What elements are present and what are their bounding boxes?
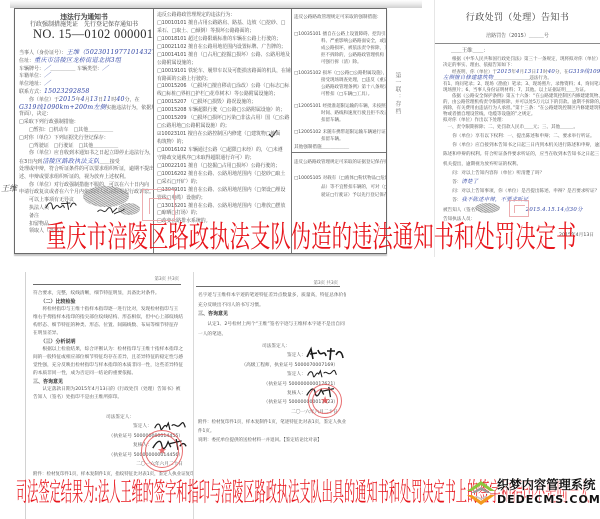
text-line: □10015209 （□损坏□损坏□污染□非法占用）国（□公路 xyxy=(157,115,291,123)
list-item: □10005105 对载有（□液体□粉状物品□危险物品）等不宜暂扣车辆的，可对（… xyxy=(294,175,386,201)
text-line: 你（单位）享有以下权利：一、提出陈述和申辩；二、要求举行听证。 xyxy=(443,132,600,141)
heading-line: 三、咨询意见 xyxy=(198,310,346,320)
text-line: □10021102 擅自在公路用地范围内设置标牌、广告牌的； xyxy=(157,44,291,52)
watermark-name-cn: 织梦内容管理系统 xyxy=(497,478,595,492)
text-line: 车辆牌号：／＿＿＿＿＿ 车辆类型：／ xyxy=(19,65,153,73)
text-line: □10018101 超过公路限载标准的车辆在公路上行驶的； xyxy=(157,36,291,44)
text-line: 单位地址：／ xyxy=(19,80,153,88)
text-line: □10019101 铁轮车、履带车以及可能损害路面的机具，在铺 xyxy=(157,68,291,76)
watermark-name-en: DEDECMS.COM xyxy=(497,493,600,506)
text-line: □对你（单位）下列证据先行登记保存： xyxy=(19,135,153,143)
official-seal: ★ xyxy=(308,384,342,418)
text-line: 说明：委托单位提供的送检材料一并退回。【鉴定结论比对表】 xyxy=(198,436,346,445)
text-line: □暂扣：□机动车 □其他＿＿＿＿＿ xyxy=(19,127,153,135)
handwritten-text: 2015 xyxy=(59,96,76,103)
text-line: 你（单位）应自收到本通知书之日起立即停止违法行为，并 xyxy=(19,150,153,158)
handwritten-text: ／ xyxy=(44,80,50,87)
divider xyxy=(435,43,600,44)
addressee: ＿＿王维＿＿： xyxy=(451,48,489,55)
text-line: 违反公路路政管理规定的违法行为： xyxy=(157,12,291,20)
text-line: 问：对以上告知事项，你（单位）是否提出陈述、申辩？是否要求听证？ xyxy=(443,187,600,196)
text-line: 件1页。 xyxy=(198,427,346,436)
text-line: 守路政交通秩序□未取得超限通行许可）的； xyxy=(157,155,291,163)
form-title: 违法行为通知书 xyxy=(15,13,153,21)
text-line: 问：对以上告知内容你（单位）听清楚了吗？ xyxy=(443,169,600,178)
text-line: 可强行拆（清）除。 xyxy=(294,60,386,67)
text-line: 认定1、2号检材上两个“王维”签名字迹与王维样本字迹不是出自同 xyxy=(198,320,346,330)
fingerprint-smudge xyxy=(475,203,500,213)
notice-body: 根据《中华人民共和国行政处罚法》第三十一条规定，现将拟对你（单位）作出行政处罚决… xyxy=(443,57,600,131)
text-segment: 答： xyxy=(443,180,461,185)
text-line: □采石□开矿）的； xyxy=(157,179,291,187)
headline-caption: 重庆市涪陵区路政执法支队伪造的违法通知书和处罚决定书 xyxy=(46,222,576,254)
text-line: □13049101 擅自在公路、公路用地范围内（□架设□埋设 xyxy=(157,187,291,195)
measures-list: □10035101 擅自在公路上设置障碍、挖沟引水、利用料、严重影响公路路面安全… xyxy=(294,27,386,143)
heading-line: 三、咨询意见 xyxy=(33,378,189,386)
text-line: □采取下列行政强制措施： xyxy=(19,119,153,127)
signature-icon xyxy=(306,368,338,380)
header-rule xyxy=(196,286,340,287)
document-number: 涪路罚告（2015）＿＿＿号 xyxy=(435,33,600,39)
text-segment: 在3日内到 xyxy=(19,159,42,165)
text-segment: ＿＿＿＿＿ 车辆类型： xyxy=(50,66,102,72)
text-line: □10015208 车辆超限行驶（□公路□公路附属设施）的； xyxy=(157,107,291,115)
text-line: 联系方式：15023292858 xyxy=(19,88,153,96)
text-segment: 车辆牌号： xyxy=(19,66,44,72)
text-line: 一、责令限期拆除；二、处罚款人民币＿＿元；三、其他＿＿＿。 xyxy=(443,125,600,131)
header-rule xyxy=(33,284,181,285)
handwritten-text: 2015 xyxy=(497,69,512,75)
handwritten-text: 王维（502301197710143279） xyxy=(67,49,153,56)
text-line: 一人的笔迹。 xyxy=(198,330,346,340)
site-watermark: 织梦内容管理系统 DEDECMS.COM xyxy=(466,478,600,508)
appraiser-label: 鉴定人： xyxy=(133,424,152,429)
handwritten-text: G319线1090km+200m左侧 xyxy=(19,104,106,111)
appraiser-label: 鉴定人： xyxy=(287,353,306,358)
handwritten-text: 左侧擅自修建建筑物 xyxy=(443,75,493,81)
form-column-notice: 违法行为通知书 行政强制措施凭证 先行登记保存通知书 NO. 15—0102 0… xyxy=(15,9,153,253)
handwritten-text: 涪陵区路政执法支队 xyxy=(42,158,100,165)
text-line: 扣留车辆。 xyxy=(294,118,386,125)
violation-notice-form: 违法行为通知书 行政强制措施凭证 先行登记保存通知书 NO. 15—0102 0… xyxy=(14,8,387,254)
handwritten-text: 13 xyxy=(90,96,98,103)
text-line: □10005105 对载有（□液体□粉状物品□危险物 xyxy=(294,175,386,184)
text-line: 维右手拇指样本指印的指尖部位纹线结构、形态相似，但中心上部纹线结 xyxy=(33,314,189,322)
handwritten-text: ／ xyxy=(44,72,50,79)
text-line: 充分反映出不同人的书写习惯。 xyxy=(198,301,346,311)
text-segment: ＿＿接受 xyxy=(100,159,120,165)
handwritten-text: 15023292858 xyxy=(44,88,90,95)
signature-icon xyxy=(44,199,78,212)
copy-label: 第一联：存档 xyxy=(393,72,402,115)
text-segment: 分，在 xyxy=(125,97,140,103)
violation-list: 违反公路路政管理规定的违法行为：□10010101 擅自占用公路路肩、路基、边坡… xyxy=(157,12,291,226)
text-line: 述、申辩或要求组织听证的，视为放弃上述权利。 xyxy=(19,174,153,182)
list-item: □12005102 未随车携带超限运输车辆通行证的，扣留车辆。 xyxy=(294,130,386,144)
appraiser-row: 鉴定人： xyxy=(198,370,338,379)
text-line: 品）等不宜暂扣车辆的，可对（□驾 xyxy=(294,184,386,193)
page-number: 第3页 共3页 xyxy=(154,277,179,282)
text-line: 觉性强，充分反映出检材指印与样本指印的本质非同一性，这些差异特征 xyxy=(33,362,189,370)
dedecms-logo-icon xyxy=(466,479,496,507)
text-line: 车籍单位：／ xyxy=(19,72,153,80)
text-line: 你（单位）于2015年4月13日11时40分，在 xyxy=(19,96,153,104)
text-line: 构形态、细节特征的种类、形态、位置、间隔线数、布局等细节特征存 xyxy=(33,322,189,330)
text-line: 当事人（身份证号）：王维（502301197710143279） xyxy=(19,49,153,57)
text-line: 公路附属设施的； xyxy=(157,60,291,68)
text-line: 认定落款日期为2015年4月13日的《行政处罚（处理）告知书》被 xyxy=(33,386,189,394)
measures-header: 违反公路路政管理规定可采取的强制措施： xyxy=(294,14,381,21)
reviewer-label: 复核人： xyxy=(287,391,306,396)
handwritten-text: ／ xyxy=(102,65,108,72)
appraiser-label: 鉴定人： xyxy=(287,372,306,377)
text-line: □10035101 擅自在公路上设置障碍、挖沟引水、利用 xyxy=(294,32,386,39)
text-line: 管线□电缆）设施的； xyxy=(157,195,291,203)
text-line: 拒不拆除的，公路路政管理机构 xyxy=(294,53,386,60)
handwritten-text: 2015.4.15.14点30分 xyxy=(526,207,583,213)
evidence-header: 违反公路路政管理规定可采取的证据登记保存措施： xyxy=(294,159,386,166)
text-line: 扣留车辆。 xyxy=(294,137,386,144)
text-line: □10010101 擅自占用公路路肩、路基、边坡（□挖砂、□ xyxy=(157,20,291,28)
faint-stamp xyxy=(509,200,529,217)
text-line: 处理或申辩，符合听证条件的可以要求组织听证，逾期不提出陈 xyxy=(19,166,153,174)
text-line: 附件：检材复印件1页，样本复制件1页，笔迹特征比对表1页，鉴定人执业证复印 xyxy=(198,418,346,427)
text-line: 陈述和申辩的权利。符合听证条件要求听证的，应当在收到本告知书之日起三日内向本 xyxy=(443,150,600,159)
text-line: 将检材指印与王维十指样本指印逐一进行比对，发现检材指印与王 xyxy=(33,306,189,314)
text-line: 告知人（签名）处指印不是由王维所捺印。 xyxy=(33,394,189,402)
list-item: □10035101 擅自在公路上设置障碍、挖沟引水、利用料、严重影响公路路面安全… xyxy=(294,32,386,66)
evidence-list: □10005105 对载有（□液体□粉状物品□危险物品）等不宜暂扣车辆的，可对（… xyxy=(294,170,386,201)
other-measures: 其他强制措施＿＿＿＿＿＿ xyxy=(294,144,349,151)
text-line: □10022101 擅自（□挖掘□占用□损坏）公路行驶的； xyxy=(157,163,291,171)
text-line: 机关提出，逾期视为放弃听证的权利。 xyxy=(443,160,600,169)
text-line: □12005101 经批准超限运输的车辆，未按照指定 xyxy=(294,104,386,111)
text-line: 采石、□取土、□倾倒）等损坏公路路面的； xyxy=(157,28,291,36)
list-item: □12005101 经批准超限运输的车辆，未按照指定时间、路线和速度行驶且拒不改… xyxy=(294,104,386,125)
text-segment: 单位地址： xyxy=(19,81,44,87)
text-line: 构筑物）的； xyxy=(157,139,291,147)
appraiser-row: 鉴定人： xyxy=(198,351,338,360)
handwritten-signature: 王维 xyxy=(1,183,17,194)
text-line: 住址：重庆市涪陵区龙桥街道北拱3组 xyxy=(19,57,153,65)
text-segment: 答： xyxy=(443,198,461,203)
text-line: □12005102 未随车携带超限运输车辆通行证的， xyxy=(294,130,386,137)
text-line: 的本质非同一性，成为否定同一结论的重要依据。 xyxy=(33,370,189,378)
text-line: 在明显差异。 xyxy=(33,330,189,338)
text-segment: 住址： xyxy=(19,58,34,64)
text-line: 时间、路线和速度行驶且拒不改正的， xyxy=(294,111,386,118)
text-line: □10014101 擅自（□占用□挖掘□损坏）公路、公路用地及 xyxy=(157,52,291,60)
text-line: □10016102 车辆通过公路（□超限□未经）的，（□未遵 xyxy=(157,147,291,155)
text-line: 你（单位）应自接到本告知书之日起三日内到本机关进行陈述和申辩，逾期视为放弃 xyxy=(443,141,600,150)
text-segment: 实施违法行为，依据规定（见 xyxy=(106,105,153,111)
official-seal: ★ xyxy=(141,430,183,472)
form-serial-number: NO. 15—0102 0000013 xyxy=(33,28,153,41)
text-segment: 联系方式： xyxy=(19,89,44,95)
handwritten-text: 清楚了 xyxy=(461,179,478,185)
text-line: 成公路损坏，被依法责令拆除，又 xyxy=(294,46,386,53)
handwritten-text: G319线1090km+200m xyxy=(568,69,600,75)
divider xyxy=(292,152,386,153)
text-segment: 你（单位）于 xyxy=(19,97,59,103)
text-segment: 当事人（身份证号）： xyxy=(19,50,67,56)
heading-line: （二）比较检验 xyxy=(33,298,189,306)
appraisal-body: 符合要求，完整，纹线清晰，细节特征明显，具备比对条件。 （二）比较检验 将检材指… xyxy=(33,290,189,402)
paper-edge-shadow xyxy=(10,0,422,8)
handwritten-text: 40 xyxy=(548,69,555,75)
list-item: □10035102 损坏（□公路□公路附属设施），拒不接受现场调查处理，□违反《… xyxy=(294,71,386,99)
appraisal-body: 名字迹与王维样本字迹的笔迹特征差异点数量多，质量高，特征总体价值充分反映出不同人… xyxy=(198,291,346,339)
text-line: 料、严重影响公路路面安全，或造 xyxy=(294,39,386,46)
document-title: 行政处罚（处理）告知书 xyxy=(435,13,600,24)
text-line: 名字迹与王维样本字迹的笔迹特征差异点数量多，质量高，特征总体价值 xyxy=(198,291,346,301)
text-line: 间的一般特征或相应部位细节特征均存在差异，且差异特征的稳定性与感 xyxy=(33,354,189,362)
text-segment: 车籍单位： xyxy=(19,73,44,79)
star-icon: ★ xyxy=(142,445,182,457)
text-line: 背面），决定： xyxy=(19,111,153,119)
text-line: 符合要求，完整，纹线清晰，细节特征明显，具备比对条件。 xyxy=(33,290,189,298)
handwritten-text: 40 xyxy=(116,96,124,103)
text-line: □10016202 擅自在公路、公路用地范围内（□挖砂□取土 xyxy=(157,171,291,179)
text-line: 根据以上检验结果，综合评断认为：检材指印与王维十指样本指印之 xyxy=(33,346,189,354)
text-line: 在3日内到涪陵区路政执法支队＿＿接受 xyxy=(19,158,153,166)
faint-stamp xyxy=(142,189,175,221)
penalty-notice-document: 行政处罚（处理）告知书 涪路罚告（2015）＿＿＿号 ＿＿王维＿＿： 根据《中华… xyxy=(434,0,600,257)
signature-icon xyxy=(96,205,126,217)
text-line: 可暂扣（□车辆□工具）。 xyxy=(294,92,386,99)
text-line: 答：清楚了 xyxy=(443,178,600,187)
text-line: 驶证□行驶证）予以先行登记保存。 xyxy=(294,192,386,201)
form-column-measures: 违反公路路政管理规定可采取的强制措施： □10035101 擅自在公路上设置障碍… xyxy=(291,9,386,253)
checkmark-icon xyxy=(268,129,278,138)
handwritten-text: 重庆市涪陵区龙桥街道北拱3组 xyxy=(34,57,121,64)
heading-line: （三）分析说明 xyxy=(33,338,189,346)
attachments: 附件：检材复印件1页，样本复制件1页，笔迹特征比对表1页，鉴定人执业证复印件1页… xyxy=(198,418,346,445)
star-icon: ★ xyxy=(309,395,341,407)
